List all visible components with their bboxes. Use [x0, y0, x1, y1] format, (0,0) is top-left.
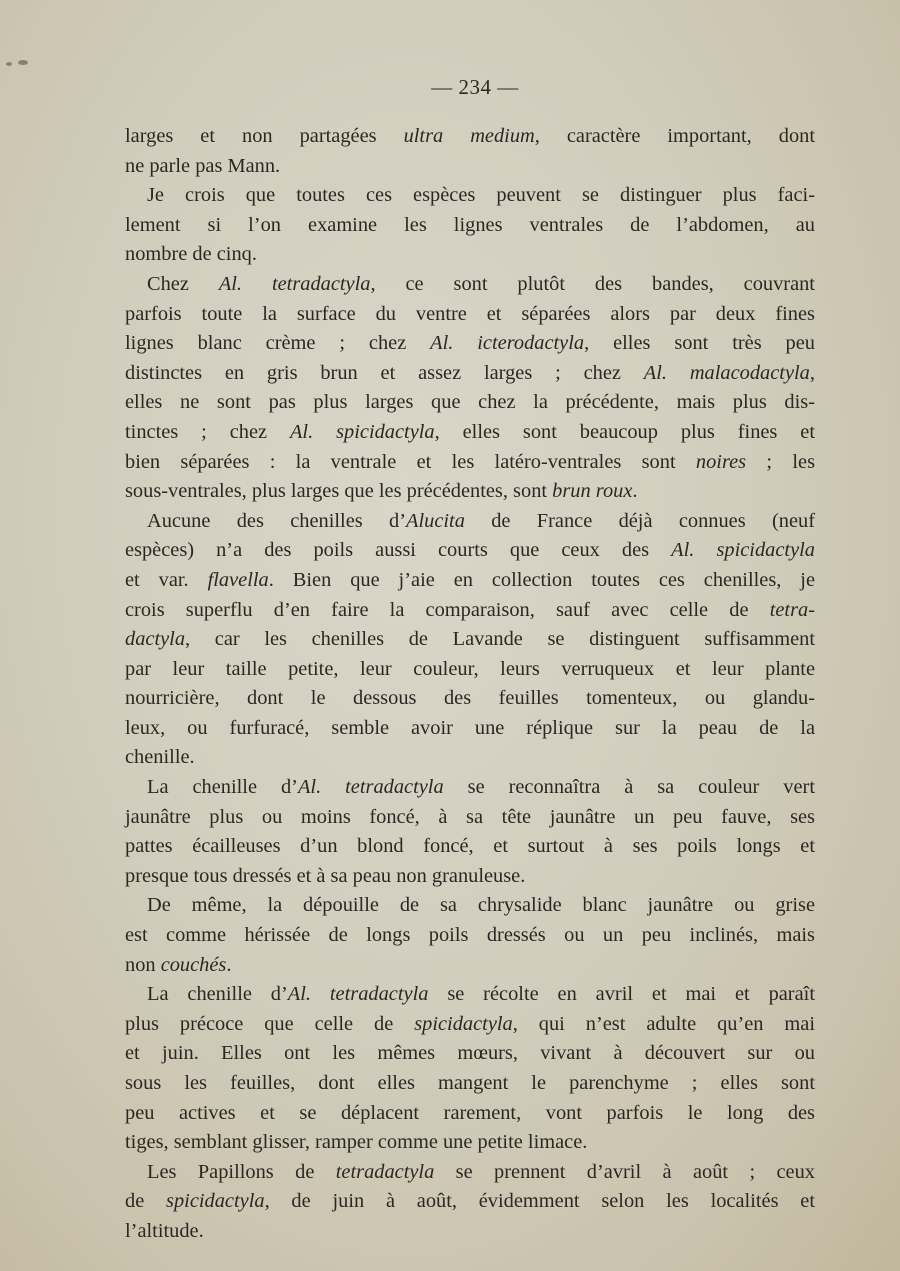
text-line: chenille.	[125, 743, 815, 773]
text-line: larges et non partagées ultra medium, ca…	[125, 122, 815, 152]
text-run: jaunâtre plus ou moins foncé, à sa tête …	[125, 806, 815, 828]
italic-text: flavella	[208, 569, 269, 591]
text-run: sous-ventrales, plus larges que les préc…	[125, 480, 552, 502]
text-line: La chenille d’Al. tetradactyla se récolt…	[125, 980, 815, 1010]
text-run: chenille.	[125, 746, 195, 768]
text-run: se récolte en avril et mai et paraît	[428, 983, 815, 1005]
paragraph: La chenille d’Al. tetradactyla se reconn…	[125, 773, 815, 891]
text-line: nourricière, dont le dessous des feuille…	[125, 684, 815, 714]
text-run: .	[226, 954, 231, 976]
text-run: non	[125, 954, 161, 976]
text-run: tiges, semblant glisser, ramper comme un…	[125, 1131, 587, 1153]
text-line: De même, la dépouille de sa chrysalide b…	[125, 891, 815, 921]
italic-text: tetra-	[770, 599, 815, 621]
text-run: crois superflu d’en faire la comparaison…	[125, 599, 770, 621]
body-text: larges et non partagées ultra medium, ca…	[125, 122, 815, 1247]
text-run: de	[125, 1190, 166, 1212]
text-line: et var. flavella. Bien que j’aie en coll…	[125, 566, 815, 596]
text-run: est comme hérissée de longs poils dressé…	[125, 924, 815, 946]
text-run: parfois toute la surface du ventre et sé…	[125, 303, 815, 325]
text-run: De même, la dépouille de sa chrysalide b…	[147, 894, 815, 916]
italic-text: ultra medium	[404, 125, 535, 147]
italic-text: brun roux	[552, 480, 632, 502]
text-line: La chenille d’Al. tetradactyla se reconn…	[125, 773, 815, 803]
text-run: ; les	[746, 451, 815, 473]
text-run: Je crois que toutes ces espèces peuvent …	[147, 184, 815, 206]
text-line: presque tous dressés et à sa peau non gr…	[125, 862, 815, 892]
text-line: plus précoce que celle de spicidactyla, …	[125, 1010, 815, 1040]
italic-text: Al. spicidactyla	[671, 539, 815, 561]
paragraph: La chenille d’Al. tetradactyla se récolt…	[125, 980, 815, 1158]
italic-text: Al. icterodactyla	[430, 332, 584, 354]
text-line: elles ne sont pas plus larges que chez l…	[125, 388, 815, 418]
text-run: bien séparées : la ventrale et les latér…	[125, 451, 696, 473]
text-run: , elles sont très peu	[584, 332, 815, 354]
text-run: l’altitude.	[125, 1220, 204, 1242]
text-run: pattes écailleuses d’un blond foncé, et …	[125, 835, 815, 857]
italic-text: Al. tetradactyla	[298, 776, 444, 798]
italic-text: Al. tetradactyla	[288, 983, 429, 1005]
paragraph: Je crois que toutes ces espèces peuvent …	[125, 181, 815, 270]
paragraph: larges et non partagées ultra medium, ca…	[125, 122, 815, 181]
text-line: lement si l’on examine les lignes ventra…	[125, 211, 815, 241]
paragraph: De même, la dépouille de sa chrysalide b…	[125, 891, 815, 980]
italic-text: Al. spicidactyla	[290, 421, 435, 443]
text-run: presque tous dressés et à sa peau non gr…	[125, 865, 525, 887]
page-number: — 234 —	[125, 70, 815, 104]
text-line: bien séparées : la ventrale et les latér…	[125, 448, 815, 478]
text-run: lement si l’on examine les lignes ventra…	[125, 214, 815, 236]
text-run: lignes blanc crème ; chez	[125, 332, 430, 354]
text-run: de France déjà connues (neuf	[465, 510, 815, 532]
text-run: Les Papillons de	[147, 1161, 336, 1183]
text-line: Aucune des chenilles d’Alucita de France…	[125, 507, 815, 537]
text-line: dactyla, car les chenilles de Lavande se…	[125, 625, 815, 655]
text-line: de spicidactyla, de juin à août, évidemm…	[125, 1187, 815, 1217]
text-line: pattes écailleuses d’un blond foncé, et …	[125, 832, 815, 862]
text-run: Aucune des chenilles d’	[147, 510, 406, 532]
text-run: La chenille d’	[147, 983, 288, 1005]
text-run: . Bien que j’aie en collection toutes ce…	[269, 569, 815, 591]
text-run: peu actives et se déplacent rarement, vo…	[125, 1102, 815, 1124]
text-line: par leur taille petite, leur couleur, le…	[125, 655, 815, 685]
text-line: est comme hérissée de longs poils dressé…	[125, 921, 815, 951]
text-run: tinctes ; chez	[125, 421, 290, 443]
paragraph: Chez Al. tetradactyla, ce sont plutôt de…	[125, 270, 815, 507]
text-run: Chez	[147, 273, 219, 295]
text-run: nourricière, dont le dessous des feuille…	[125, 687, 815, 709]
paragraph: Aucune des chenilles d’Alucita de France…	[125, 507, 815, 773]
text-line: parfois toute la surface du ventre et sé…	[125, 300, 815, 330]
text-run: nombre de cinq.	[125, 243, 257, 265]
book-page: — 234 — larges et non partagées ultra me…	[125, 70, 815, 1247]
text-run: La chenille d’	[147, 776, 298, 798]
text-line: espèces) n’a des poils aussi courts que …	[125, 536, 815, 566]
italic-text: Al. tetradactyla	[219, 273, 371, 295]
italic-text: tetradactyla	[336, 1161, 435, 1183]
text-run: par leur taille petite, leur couleur, le…	[125, 658, 815, 680]
text-line: ne parle pas Mann.	[125, 152, 815, 182]
text-run: se reconnaîtra à sa couleur vert	[444, 776, 815, 798]
text-run: leux, ou furfuracé, semble avoir une rép…	[125, 717, 815, 739]
text-line: nombre de cinq.	[125, 240, 815, 270]
text-run: .	[632, 480, 637, 502]
text-run: , ce sont plutôt des bandes, couvrant	[370, 273, 815, 295]
text-run: elles ne sont pas plus larges que chez l…	[125, 391, 815, 413]
text-run: , car les chenilles de Lavande se distin…	[185, 628, 815, 650]
text-line: sous les feuilles, dont elles mangent le…	[125, 1069, 815, 1099]
text-line: et juin. Elles ont les mêmes mœurs, viva…	[125, 1039, 815, 1069]
text-run: larges et non partagées	[125, 125, 404, 147]
text-run: sous les feuilles, dont elles mangent le…	[125, 1072, 815, 1094]
text-run: ne parle pas Mann.	[125, 155, 280, 177]
text-line: non couchés.	[125, 951, 815, 981]
text-run: , de juin à août, évidemment selon les l…	[265, 1190, 815, 1212]
italic-text: couchés	[161, 954, 227, 976]
text-line: Je crois que toutes ces espèces peuvent …	[125, 181, 815, 211]
text-run: ,	[810, 362, 815, 384]
text-line: peu actives et se déplacent rarement, vo…	[125, 1099, 815, 1129]
italic-text: noires	[696, 451, 746, 473]
text-line: Chez Al. tetradactyla, ce sont plutôt de…	[125, 270, 815, 300]
text-run: plus précoce que celle de	[125, 1013, 414, 1035]
text-run: et juin. Elles ont les mêmes mœurs, viva…	[125, 1042, 815, 1064]
text-line: jaunâtre plus ou moins foncé, à sa tête …	[125, 803, 815, 833]
text-line: crois superflu d’en faire la comparaison…	[125, 596, 815, 626]
italic-text: dactyla	[125, 628, 185, 650]
italic-text: spicidactyla	[166, 1190, 265, 1212]
text-run: espèces) n’a des poils aussi courts que …	[125, 539, 671, 561]
paragraph: Les Papillons de tetradactyla se prennen…	[125, 1158, 815, 1247]
paper-stain	[6, 62, 12, 66]
italic-text: Alucita	[406, 510, 465, 532]
text-run: distinctes en gris brun et assez larges …	[125, 362, 644, 384]
italic-text: spicidactyla	[414, 1013, 513, 1035]
text-run: , qui n’est adulte qu’en mai	[513, 1013, 815, 1035]
text-run: et var.	[125, 569, 208, 591]
text-run: , caractère important, dont	[535, 125, 815, 147]
text-run: , elles sont beaucoup plus fines et	[435, 421, 815, 443]
text-run: se prennent d’avril à août ; ceux	[434, 1161, 815, 1183]
text-line: lignes blanc crème ; chez Al. icterodact…	[125, 329, 815, 359]
text-line: tinctes ; chez Al. spicidactyla, elles s…	[125, 418, 815, 448]
text-line: Les Papillons de tetradactyla se prennen…	[125, 1158, 815, 1188]
text-line: distinctes en gris brun et assez larges …	[125, 359, 815, 389]
italic-text: Al. malacodactyla	[644, 362, 810, 384]
text-line: l’altitude.	[125, 1217, 815, 1247]
text-line: sous-ventrales, plus larges que les préc…	[125, 477, 815, 507]
paper-stain	[18, 60, 28, 65]
text-line: leux, ou furfuracé, semble avoir une rép…	[125, 714, 815, 744]
text-line: tiges, semblant glisser, ramper comme un…	[125, 1128, 815, 1158]
